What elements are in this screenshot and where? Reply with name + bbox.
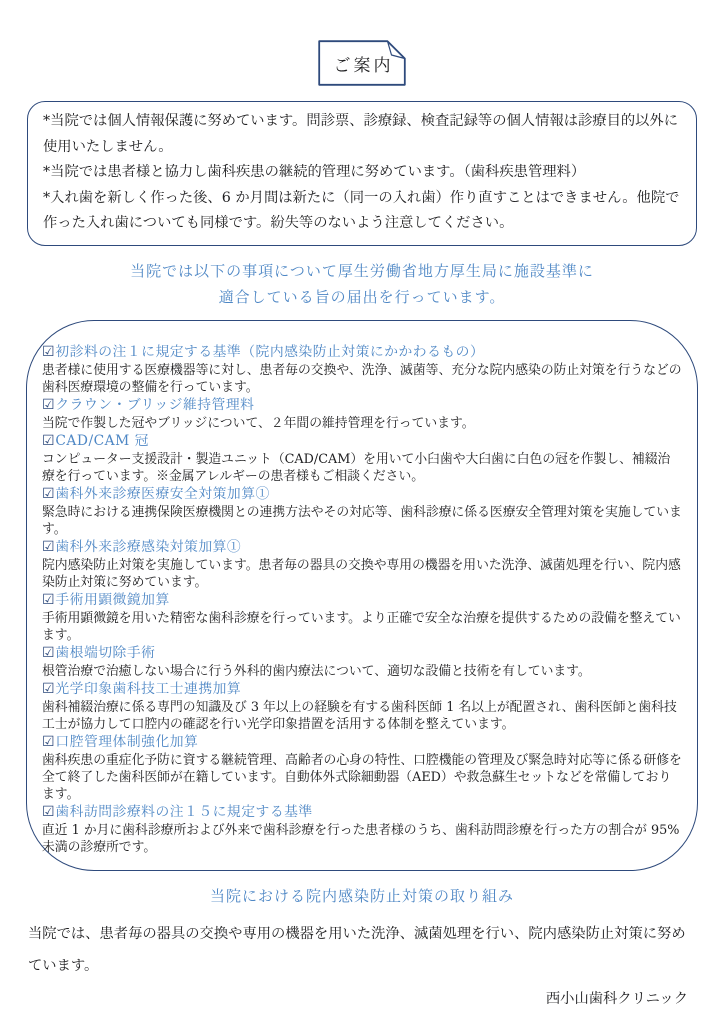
criteria-item-body: 直近 1 か月に歯科診療所および外来で歯科診療を行った患者様のうち、歯科訪問診療… xyxy=(42,822,682,856)
document-page: ご案内 *当院では個人情報保護に努めています。問診票、診療録、検査記録等の個人情… xyxy=(0,0,724,1024)
filing-heading-line2: 適合している旨の届出を行っています。 xyxy=(0,284,724,310)
criteria-item-title: ☑歯科外来診療医療安全対策加算① xyxy=(42,485,682,504)
criteria-item-body: コンピューター支援設計・製造ユニット（CAD/CAM）を用いて小臼歯や大臼歯に白… xyxy=(42,451,682,485)
criteria-item-title: ☑歯科外来診療感染対策加算① xyxy=(42,538,682,557)
criteria-item-title-text: 歯科外来診療医療安全対策加算① xyxy=(55,486,269,502)
page-title: ご案内 xyxy=(318,40,406,86)
criteria-item-title: ☑初診料の注１に規定する基準（院内感染防止対策にかかわるもの） xyxy=(42,343,682,362)
criteria-item-title-text: 初診料の注１に規定する基準（院内感染防止対策にかかわるもの） xyxy=(55,344,484,360)
criteria-item-title-text: CAD/CAM 冠 xyxy=(55,433,149,449)
criteria-item-title: ☑口腔管理体制強化加算 xyxy=(42,733,682,752)
criteria-item-title: ☑CAD/CAM 冠 xyxy=(42,432,682,451)
notice-paragraph-privacy: *当院では個人情報保護に努めています。問診票、診療録、検査記録等の個人情報は診療… xyxy=(43,109,681,160)
criteria-item-title-text: 歯科訪問診療料の注１５に規定する基準 xyxy=(55,804,312,820)
criteria-item-title: ☑歯根端切除手術 xyxy=(42,644,682,663)
criteria-item-title-text: 口腔管理体制強化加算 xyxy=(55,734,198,750)
criteria-item-title: ☑クラウン・ブリッジ維持管理料 xyxy=(42,396,682,415)
criteria-item-title-text: 光学印象歯科技工士連携加算 xyxy=(55,681,241,697)
criteria-item: ☑クラウン・ブリッジ維持管理料 当院で作製した冠やブリッジについて、２年間の維持… xyxy=(42,396,682,432)
criteria-item-body: 院内感染防止対策を実施しています。患者毎の器具の交換や専用の機器を用いた洗浄、滅… xyxy=(42,557,682,591)
criteria-item: ☑歯科訪問診療料の注１５に規定する基準 直近 1 か月に歯科診療所および外来で歯… xyxy=(42,803,682,856)
filing-heading: 当院では以下の事項について厚生労働省地方厚生局に施設基準に 適合している旨の届出… xyxy=(0,258,724,310)
criteria-item-body: 歯科疾患の重症化予防に資する継続管理、高齢者の心身の特性、口腔機能の管理及び緊急… xyxy=(42,752,682,803)
criteria-item-title-text: 歯根端切除手術 xyxy=(55,645,155,661)
criteria-item-body: 当院で作製した冠やブリッジについて、２年間の維持管理を行っています。 xyxy=(42,415,682,432)
checkbox-icon: ☑ xyxy=(42,592,54,608)
checkbox-icon: ☑ xyxy=(42,804,54,820)
criteria-item-title-text: 歯科外来診療感染対策加算① xyxy=(55,539,241,555)
criteria-item: ☑光学印象歯科技工士連携加算 歯科補綴治療に係る専門の知識及び 3 年以上の経験… xyxy=(42,680,682,733)
criteria-item: ☑歯科外来診療医療安全対策加算① 緊急時における連携保険医療機関との連携方法やそ… xyxy=(42,485,682,538)
criteria-item: ☑CAD/CAM 冠 コンピューター支援設計・製造ユニット（CAD/CAM）を用… xyxy=(42,432,682,485)
criteria-item-title-text: クラウン・ブリッジ維持管理料 xyxy=(55,397,254,413)
criteria-item-body: 歯科補綴治療に係る専門の知識及び 3 年以上の経験を有する歯科医師 1 名以上が… xyxy=(42,699,682,733)
notice-paragraph-management: *当院では患者様と協力し歯科疾患の継続的管理に努めています。（歯科疾患管理料） xyxy=(43,160,681,186)
filing-heading-line1: 当院では以下の事項について厚生労働省地方厚生局に施設基準に xyxy=(0,258,724,284)
notice-box: *当院では個人情報保護に努めています。問診票、診療録、検査記録等の個人情報は診療… xyxy=(27,101,697,246)
checkbox-icon: ☑ xyxy=(42,681,54,697)
checkbox-icon: ☑ xyxy=(42,433,54,449)
title-note-box: ご案内 xyxy=(318,40,406,86)
criteria-item-title: ☑光学印象歯科技工士連携加算 xyxy=(42,680,682,699)
clinic-signature: 西小山歯科クリニック xyxy=(0,988,688,1008)
criteria-item-body: 手術用顕微鏡を用いた精密な歯科診療を行っています。より正確で安全な治療を提供する… xyxy=(42,610,682,644)
infection-heading: 当院における院内感染防止対策の取り組み xyxy=(0,884,724,908)
criteria-item-title: ☑手術用顕微鏡加算 xyxy=(42,591,682,610)
checkbox-icon: ☑ xyxy=(42,734,54,750)
criteria-item: ☑口腔管理体制強化加算 歯科疾患の重症化予防に資する継続管理、高齢者の心身の特性… xyxy=(42,733,682,803)
checkbox-icon: ☑ xyxy=(42,486,54,502)
criteria-item-body: 根管治療で治癒しない場合に行う外科的歯内療法について、適切な設備と技術を有してい… xyxy=(42,663,682,680)
checkbox-icon: ☑ xyxy=(42,397,54,413)
criteria-item-body: 緊急時における連携保険医療機関との連携方法やその対応等、歯科診療に係る医療安全管… xyxy=(42,504,682,538)
criteria-item-title: ☑歯科訪問診療料の注１５に規定する基準 xyxy=(42,803,682,822)
notice-paragraph-denture: *入れ歯を新しく作った後、6 か月間は新たに（同一の入れ歯）作り直すことはできま… xyxy=(43,186,681,237)
checkbox-icon: ☑ xyxy=(42,539,54,555)
checkbox-icon: ☑ xyxy=(42,344,54,360)
criteria-item: ☑歯科外来診療感染対策加算① 院内感染防止対策を実施しています。患者毎の器具の交… xyxy=(42,538,682,591)
criteria-item: ☑手術用顕微鏡加算 手術用顕微鏡を用いた精密な歯科診療を行っています。より正確で… xyxy=(42,591,682,644)
criteria-box: ☑初診料の注１に規定する基準（院内感染防止対策にかかわるもの） 患者様に使用する… xyxy=(26,320,698,871)
criteria-item-title-text: 手術用顕微鏡加算 xyxy=(55,592,169,608)
infection-body: 当院では、患者毎の器具の交換や専用の機器を用いた洗浄、滅菌処理を行い、院内感染防… xyxy=(28,918,696,982)
criteria-item: ☑歯根端切除手術 根管治療で治癒しない場合に行う外科的歯内療法について、適切な設… xyxy=(42,644,682,680)
checkbox-icon: ☑ xyxy=(42,645,54,661)
criteria-item: ☑初診料の注１に規定する基準（院内感染防止対策にかかわるもの） 患者様に使用する… xyxy=(42,343,682,396)
criteria-item-body: 患者様に使用する医療機器等に対し、患者毎の交換や、洗浄、滅菌等、充分な院内感染の… xyxy=(42,362,682,396)
